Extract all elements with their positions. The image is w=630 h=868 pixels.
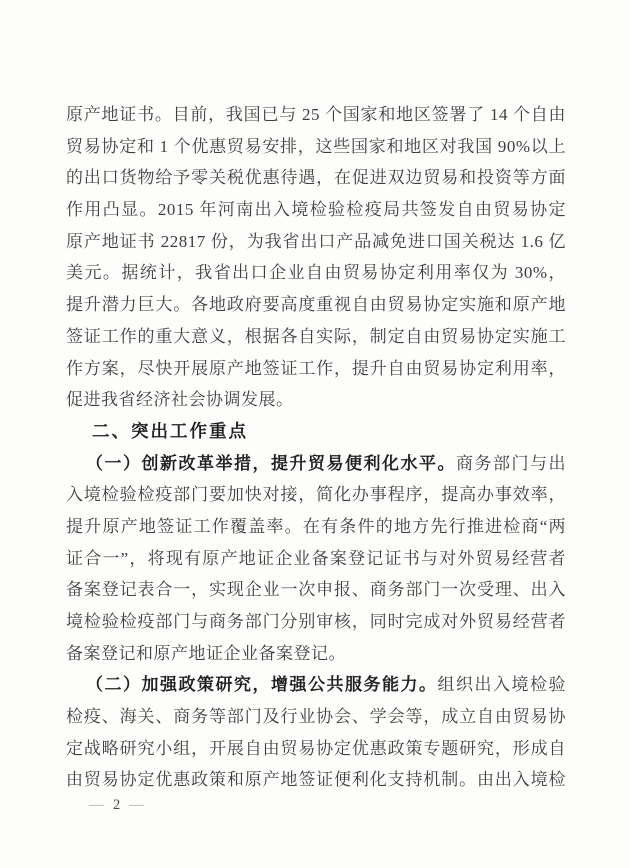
text-line: 的出口货物给予零关税优惠待遇，在促进双边贸易和投资等方面 (66, 162, 566, 194)
body-text: 商务部门与出 (456, 454, 566, 473)
body-text: 定战略研究小组，开展自由贸易协定优惠政策专题研究，形成自 (66, 739, 566, 758)
body-text: 境检验检疫部门与商务部门分别审核，同时完成对外贸易经营者 (66, 612, 566, 631)
body-text: 入境检验检疫部门要加快对接，简化办事程序，提高办事效率， (66, 485, 566, 504)
body-text: 签证工作的重大意义，根据各自实际，制定自由贸易协定实施工 (66, 327, 566, 346)
text-line: 由贸易协定优惠政策和原产地签证便利化支持机制。由出入境检 (66, 764, 566, 796)
text-line: （二）加强政策研究，增强公共服务能力。组织出入境检验 (66, 669, 566, 701)
body-text: 由贸易协定优惠政策和原产地签证便利化支持机制。由出入境检 (66, 770, 566, 789)
text-line: 备案登记表合一，实现企业一次申报、商务部门一次受理、出入 (66, 574, 566, 606)
page-number-dash-left: — (89, 797, 104, 814)
text-line: 入境检验检疫部门要加快对接，简化办事程序，提高办事效率， (66, 479, 566, 511)
body-text: 备案登记和原产地证企业备案登记。 (66, 644, 346, 663)
emphasis-text: 二、突出工作重点 (92, 421, 248, 441)
text-line: 签证工作的重大意义，根据各自实际，制定自由贸易协定实施工 (66, 321, 566, 353)
text-line: 提升潜力巨大。各地政府要高度重视自由贸易协定实施和原产地 (66, 289, 566, 321)
text-line: （一）创新改革举措，提升贸易便利化水平。商务部门与出 (66, 448, 566, 480)
document-body: 原产地证书。目前，我国已与 25 个国家和地区签署了 14 个自由贸易协定和 1… (66, 99, 566, 796)
body-text: 证合一”，将现有原产地证企业备案登记证书与对外贸易经营者 (66, 549, 566, 568)
text-line: 定战略研究小组，开展自由贸易协定优惠政策专题研究，形成自 (66, 733, 566, 765)
body-text: 提升原产地签证工作覆盖率。在有条件的地方先行推进检商“两 (66, 517, 566, 536)
body-text: 原产地证书。目前，我国已与 25 个国家和地区签署了 14 个自由 (66, 105, 566, 124)
body-text: 提升潜力巨大。各地政府要高度重视自由贸易协定实施和原产地 (66, 295, 566, 314)
emphasis-text: （二）加强政策研究，增强公共服务能力。 (86, 675, 438, 694)
body-text: 美元。据统计，我省出口企业自由贸易协定利用率仅为 30%， (66, 263, 566, 282)
text-line: 作用凸显。2015 年河南出入境检验检疫局共签发自由贸易协定 (66, 194, 566, 226)
body-text: 贸易协定和 1 个优惠贸易安排，这些国家和地区对我国 90%以上 (66, 137, 566, 156)
text-line: 备案登记和原产地证企业备案登记。 (66, 638, 566, 670)
body-text: 的出口货物给予零关税优惠待遇，在促进双边贸易和投资等方面 (66, 168, 566, 187)
text-line: 原产地证书。目前，我国已与 25 个国家和地区签署了 14 个自由 (66, 99, 566, 131)
text-line: 提升原产地签证工作覆盖率。在有条件的地方先行推进检商“两 (66, 511, 566, 543)
document-page: 原产地证书。目前，我国已与 25 个国家和地区签署了 14 个自由贸易协定和 1… (0, 0, 630, 868)
body-text: 促进我省经济社会协调发展。 (66, 390, 294, 409)
text-line: 境检验检疫部门与商务部门分别审核，同时完成对外贸易经营者 (66, 606, 566, 638)
body-text: 原产地证书 22817 份，为我省出口产品减免进口国关税达 1.6 亿 (66, 232, 566, 251)
text-line: 作方案，尽快开展原产地签证工作，提升自由贸易协定利用率， (66, 353, 566, 385)
body-text: 检疫、海关、商务等部门及行业协会、学会等，成立自由贸易协 (66, 707, 566, 726)
page-footer: — 2 — (89, 793, 144, 817)
text-line: 贸易协定和 1 个优惠贸易安排，这些国家和地区对我国 90%以上 (66, 131, 566, 163)
body-text: 组织出入境检验 (438, 675, 567, 694)
emphasis-text: （一）创新改革举措，提升贸易便利化水平。 (86, 454, 456, 473)
section-heading: 二、突出工作重点 (66, 416, 566, 448)
page-number: 2 (113, 797, 120, 814)
body-text: 作方案，尽快开展原产地签证工作，提升自由贸易协定利用率， (66, 359, 566, 378)
text-line: 促进我省经济社会协调发展。 (66, 384, 566, 416)
body-text: 备案登记表合一，实现企业一次申报、商务部门一次受理、出入 (66, 580, 566, 599)
text-line: 检疫、海关、商务等部门及行业协会、学会等，成立自由贸易协 (66, 701, 566, 733)
text-line: 原产地证书 22817 份，为我省出口产品减免进口国关税达 1.6 亿 (66, 226, 566, 258)
text-line: 美元。据统计，我省出口企业自由贸易协定利用率仅为 30%， (66, 257, 566, 289)
body-text: 作用凸显。2015 年河南出入境检验检疫局共签发自由贸易协定 (66, 200, 566, 219)
page-number-dash-right: — (129, 797, 144, 814)
text-line: 证合一”，将现有原产地证企业备案登记证书与对外贸易经营者 (66, 543, 566, 575)
